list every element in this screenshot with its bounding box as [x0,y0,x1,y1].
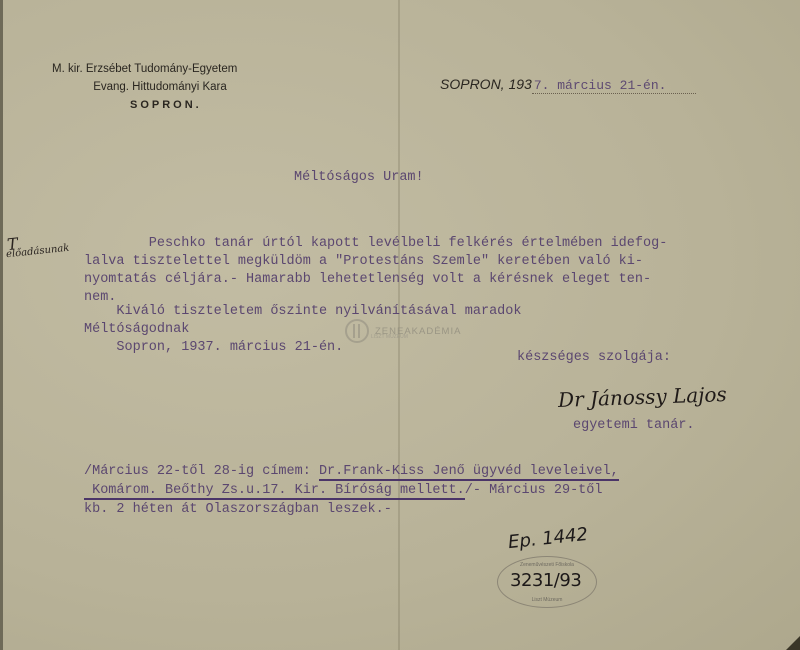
letterhead-city: SOPRON. [130,96,270,114]
page-edge [0,0,3,650]
body-line: lalva tisztelettel megküldöm a "Protestá… [84,253,667,271]
watermark-subtext: LISZT MÚZEUM [371,334,408,340]
letterhead-faculty: Evang. Hittudományi Kara [50,78,270,96]
body-paragraph: Peschko tanár úrtól kapott levélbeli fel… [84,235,667,307]
stamp-bottom-text: Liszt Múzeum [498,597,596,603]
page-corner [786,636,800,650]
dateline-typed: 7. március 21-én. [532,78,697,94]
signature-greeting: készséges szolgája: [517,350,671,365]
postscript-line-3: kb. 2 héten át Olaszországban leszek.- [84,500,619,519]
signature-title: egyetemi tanár. [573,418,695,433]
postscript: /Március 22-től 28-ig címem: Dr.Frank-Ki… [84,462,619,519]
salutation: Méltóságos Uram! [294,170,424,185]
body-line: Peschko tanár úrtól kapott levélbeli fel… [84,235,667,253]
watermark: ZENEAKADÉMIA LISZT MÚZEUM [345,319,461,343]
body-line: nyomtatás céljára.- Hamarabb lehetetlens… [84,271,667,289]
letterhead-university: M. kir. Erzsébet Tudomány-Egyetem [52,60,270,78]
postscript-line-1: /Március 22-től 28-ig címem: Dr.Frank-Ki… [84,462,619,481]
zeneakademia-logo-icon [345,319,369,343]
stamp-top-text: Zeneművészeti Főiskola [498,562,596,568]
postscript-line-2: Komárom. Beőthy Zs.u.17. Kir. Bíróság me… [84,481,619,500]
dateline-printed: SOPRON, 193 [440,76,532,92]
archive-handwritten-number: Ep. 1442 [507,524,589,553]
letterhead: M. kir. Erzsébet Tudomány-Egyetem Evang.… [50,60,270,114]
dateline: SOPRON, 1937. március 21-én. [440,76,696,93]
archive-stamp: Zeneművészeti Főiskola 3231/93 Liszt Múz… [497,556,597,608]
margin-annotation-cap: T [6,234,19,254]
stamp-number: 3231/93 [510,570,581,591]
handwritten-signature: Dr Jánossy Lajos [558,382,727,412]
margin-annotation: T előadásunak [6,243,70,261]
